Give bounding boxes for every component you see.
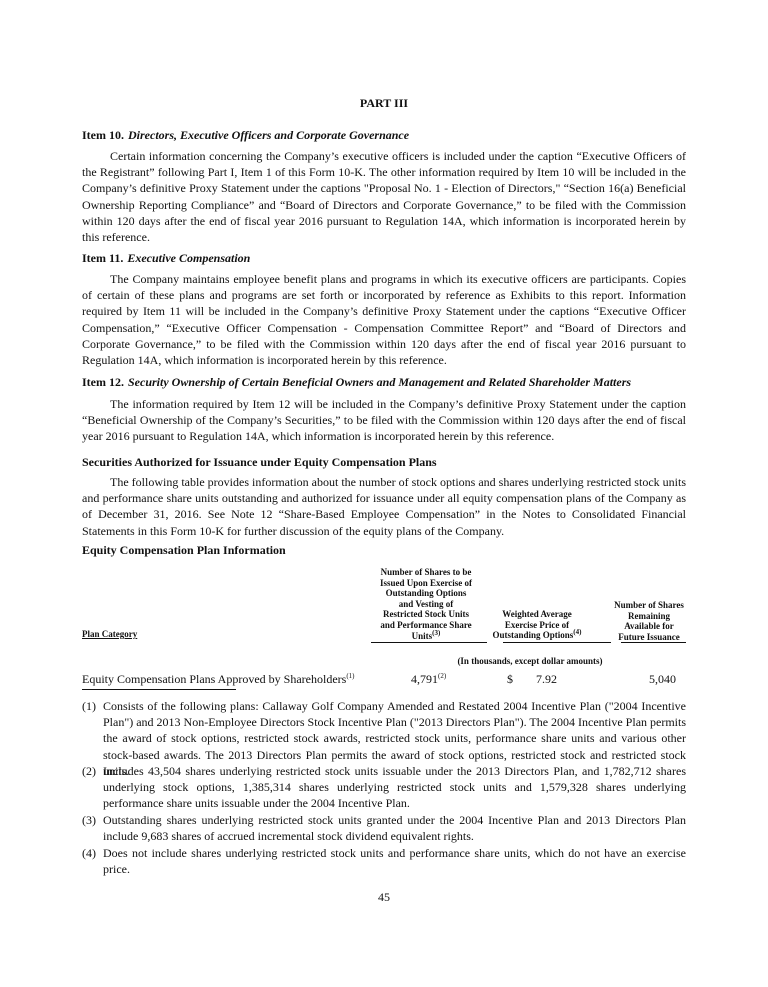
footnote-number: (3) (82, 812, 96, 828)
header-line: Units(3) (368, 631, 484, 642)
header-line: Future Issuance (607, 632, 691, 643)
footnote-ref: (3) (432, 629, 440, 637)
column-header-shares-to-issue: Number of Shares to be Issued Upon Exerc… (368, 567, 484, 641)
item-title: Directors, Executive Officers and Corpor… (128, 128, 409, 142)
header-line: Weighted Average (482, 609, 592, 620)
page-number: 45 (82, 890, 686, 905)
item-number: Item 11. (82, 251, 123, 265)
part-title: PART III (82, 96, 686, 111)
cell-value: 4,791 (411, 672, 438, 686)
securities-body: The following table provides information… (82, 474, 686, 539)
cell-remaining: 5,040 (649, 672, 676, 687)
table-title: Equity Compensation Plan Information (82, 543, 286, 558)
item-11-body: The Company maintains employee benefit p… (82, 271, 686, 368)
column-header-plan-category: Plan Category (82, 629, 137, 639)
item-number: Item 10. (82, 128, 124, 142)
header-line: Issued Upon Exercise of (368, 578, 484, 589)
item-title: Executive Compensation (127, 251, 250, 265)
header-line: Remaining (607, 611, 691, 622)
header-text: Outstanding Options (493, 630, 574, 640)
header-line: and Performance Share (368, 620, 484, 631)
header-line: Restricted Stock Units (368, 609, 484, 620)
header-line: Number of Shares to be (368, 567, 484, 578)
header-line: and Vesting of (368, 599, 484, 610)
cell-currency: $ (507, 672, 513, 687)
item-11-heading: Item 11.Executive Compensation (82, 251, 250, 266)
item-number: Item 12. (82, 375, 124, 389)
footnote-number: (2) (82, 763, 96, 779)
units-note: (In thousands, except dollar amounts) (372, 656, 688, 666)
item-10-heading: Item 10.Directors, Executive Officers an… (82, 128, 409, 143)
footnote-number: (4) (82, 845, 96, 861)
footnote-number: (1) (82, 698, 96, 714)
footnote-3: (3) Outstanding shares underlying restri… (82, 812, 686, 844)
header-line: Available for (607, 621, 691, 632)
item-title: Security Ownership of Certain Beneficial… (128, 375, 631, 389)
footnote-4: (4) Does not include shares underlying r… (82, 845, 686, 877)
footnote-ref: (1) (346, 672, 354, 680)
header-text: Units (412, 631, 433, 641)
header-underline (371, 642, 487, 643)
item-12-body: The information required by Item 12 will… (82, 396, 686, 445)
header-underline (503, 642, 611, 643)
item-12-heading: Item 12.Security Ownership of Certain Be… (82, 375, 631, 390)
footnote-text: Includes 43,504 shares underlying restri… (103, 763, 686, 812)
item-10-body: Certain information concerning the Compa… (82, 148, 686, 245)
row-label-text: Equity Compensation Plans Approved by Sh… (82, 672, 346, 686)
footnote-separator (82, 689, 236, 690)
column-header-weighted-price: Weighted Average Exercise Price of Outst… (482, 609, 592, 641)
footnote-text: Outstanding shares underlying restricted… (103, 812, 686, 844)
footnote-ref: (2) (438, 672, 446, 680)
cell-shares-to-issue: 4,791(2) (411, 672, 446, 687)
footnote-2: (2) Includes 43,504 shares underlying re… (82, 763, 686, 812)
cell-weighted-price: 7.92 (536, 672, 557, 687)
footnote-text: Does not include shares underlying restr… (103, 845, 686, 877)
header-line: Outstanding Options (368, 588, 484, 599)
securities-heading: Securities Authorized for Issuance under… (82, 455, 437, 470)
header-line: Number of Shares (607, 600, 691, 611)
header-underline (621, 642, 686, 643)
footnote-ref: (4) (573, 628, 581, 636)
table-row-label: Equity Compensation Plans Approved by Sh… (82, 672, 354, 687)
header-line: Outstanding Options(4) (482, 630, 592, 641)
column-header-remaining: Number of Shares Remaining Available for… (607, 600, 691, 642)
